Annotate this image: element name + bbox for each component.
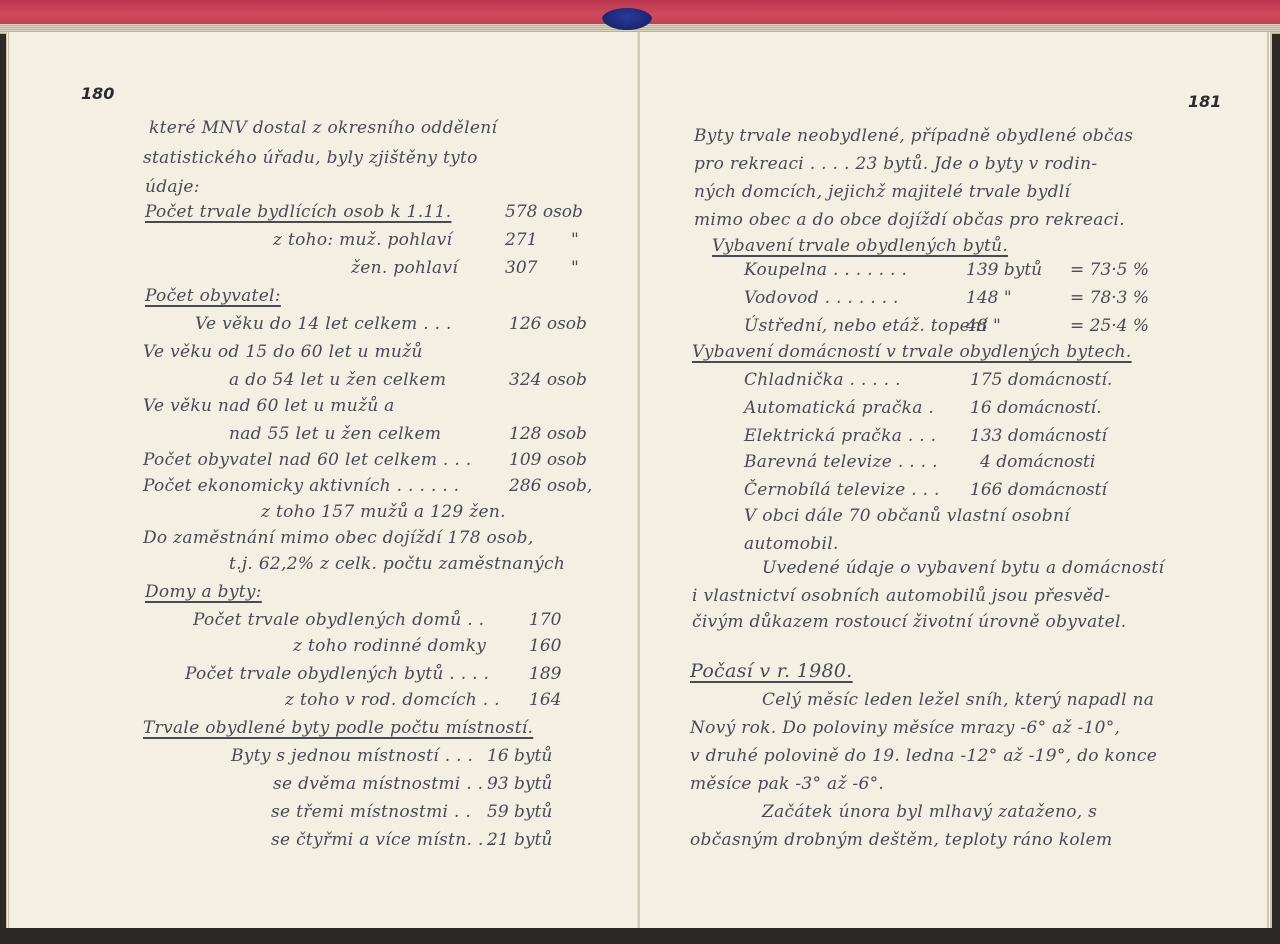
ditto-mark: " [571,230,579,250]
left-page: 180 které MNV dostal z okresního oddělen… [6,32,640,928]
unoccupied-line: ných domcích, jejichž majitelé trvale by… [694,182,1070,202]
residents-men: 271 [505,230,537,250]
houses-row: z toho v rod. domcích . . [285,690,500,710]
weather-line: v druhé polovině do 19. ledna -12° až -1… [690,746,1157,766]
household-value: 175 domácností. [970,370,1112,390]
rooms-row: Byty s jednou místností . . . [231,746,473,766]
flat-equipment-value: 48 " [966,316,1001,336]
population-value: 126 osob [509,314,587,334]
houses-value: 189 [529,664,561,684]
rooms-value: 16 bytů [487,746,552,766]
conclusion-line: Uvedené údaje o vybavení bytu a domácnos… [762,558,1164,578]
rooms-row: se třemi místnostmi . . [271,802,471,822]
weather-line: Celý měsíc leden ležel sníh, který napad… [762,690,1154,710]
population-row: a do 54 let u žen celkem [229,370,446,390]
residents-women: 307 [505,258,537,278]
population-row: Ve věku do 14 let celkem . . . [195,314,452,334]
unoccupied-line: Byty trvale neobydlené, případně obydlen… [694,126,1133,146]
rooms-row: se čtyřmi a více místn. . . [271,830,495,850]
weather-line: Začátek února byl mlhavý zataženo, s [762,802,1097,822]
houses-value: 160 [529,636,561,656]
page-number: 180 [81,84,114,103]
flat-equipment-row: Ústřední, nebo etáž. topení [744,316,987,336]
population-row: nad 55 let u žen celkem [229,424,441,444]
flat-equipment-percent: = 73·5 % [1070,260,1149,280]
rooms-value: 21 bytů [487,830,552,850]
population-value: 109 osob [509,450,587,470]
residents-women-label: žen. pohlaví [351,258,458,278]
flat-equipment-value: 148 " [966,288,1012,308]
population-row: Ve věku nad 60 let u mužů a [143,396,395,416]
book-bottom-edge [0,928,1280,944]
houses-heading: Domy a byty: [145,582,262,602]
cars-line: V obci dále 70 občanů vlastní osobní [744,506,1070,526]
flat-equipment-value: 139 bytů [966,260,1042,280]
residents-men-label: z toho: muž. pohlaví [273,230,452,250]
flat-equipment-heading: Vybavení trvale obydlených bytů. [712,236,1008,256]
houses-value: 164 [529,690,561,710]
rooms-row: se dvěma místnostmi . . [273,774,483,794]
intro-line: které MNV dostal z okresního oddělení [149,118,497,138]
bookmark-ribbon [602,8,652,30]
population-row: Do zaměstnání mimo obec dojíždí 178 osob… [143,528,534,548]
intro-line: statistického úřadu, byly zjištěny tyto [143,148,478,168]
household-equipment-heading: Vybavení domácností v trvale obydlených … [692,342,1132,362]
weather-heading: Počasí v r. 1980. [690,660,853,682]
household-value: 133 domácností [970,426,1107,446]
flat-equipment-row: Koupelna . . . . . . . [744,260,907,280]
rooms-heading: Trvale obydlené byty podle počtu místnos… [143,718,533,738]
right-page: 181 Byty trvale neobydlené, případně oby… [640,32,1272,928]
unoccupied-line: pro rekreaci . . . . 23 bytů. Jde o byty… [694,154,1097,174]
cars-line: automobil. [744,534,839,554]
household-row: Elektrická pračka . . . [744,426,936,446]
population-value: 286 osob, [509,476,592,496]
population-row: Počet obyvatel nad 60 let celkem . . . [143,450,471,470]
household-row: Barevná televize . . . . [744,452,938,472]
household-value: 166 domácností [970,480,1107,500]
household-row: Automatická pračka . [744,398,934,418]
population-row: t.j. 62,2% z celk. počtu zaměstnaných [229,554,565,574]
residents-total: 578 osob [505,202,583,222]
houses-row: Počet trvale obydlených domů . . [193,610,484,630]
ditto-mark: " [571,258,579,278]
household-row: Černobílá televize . . . [744,480,940,500]
household-row: Chladnička . . . . . [744,370,901,390]
houses-row: z toho rodinné domky [293,636,486,656]
household-value: 4 domácnosti [980,452,1095,472]
population-value: 324 osob [509,370,587,390]
weather-line: Nový rok. Do poloviny měsíce mrazy -6° a… [690,718,1120,738]
population-row: z toho 157 mužů a 129 žen. [261,502,506,522]
population-value: 128 osob [509,424,587,444]
population-row: Ve věku od 15 do 60 let u mužů [143,342,423,362]
unoccupied-line: mimo obec a do obce dojíždí občas pro re… [694,210,1125,230]
rooms-value: 93 bytů [487,774,552,794]
population-row: Počet ekonomicky aktivních . . . . . . [143,476,459,496]
page-number: 181 [1188,92,1221,111]
intro-line: údaje: [145,177,200,197]
population-heading: Počet obyvatel: [145,286,281,306]
houses-row: Počet trvale obydlených bytů . . . . [185,664,489,684]
conclusion-line: čivým důkazem rostoucí životní úrovně ob… [692,612,1126,632]
flat-equipment-row: Vodovod . . . . . . . [744,288,899,308]
rooms-value: 59 bytů [487,802,552,822]
weather-line: měsíce pak -3° až -6°. [690,774,884,794]
flat-equipment-percent: = 25·4 % [1070,316,1149,336]
houses-value: 170 [529,610,561,630]
weather-line: občasným drobným deštěm, teploty ráno ko… [690,830,1112,850]
household-value: 16 domácností. [970,398,1102,418]
residents-heading: Počet trvale bydlících osob k 1.11. [145,202,451,222]
conclusion-line: i vlastnictví osobních automobilů jsou p… [692,586,1110,606]
flat-equipment-percent: = 78·3 % [1070,288,1149,308]
